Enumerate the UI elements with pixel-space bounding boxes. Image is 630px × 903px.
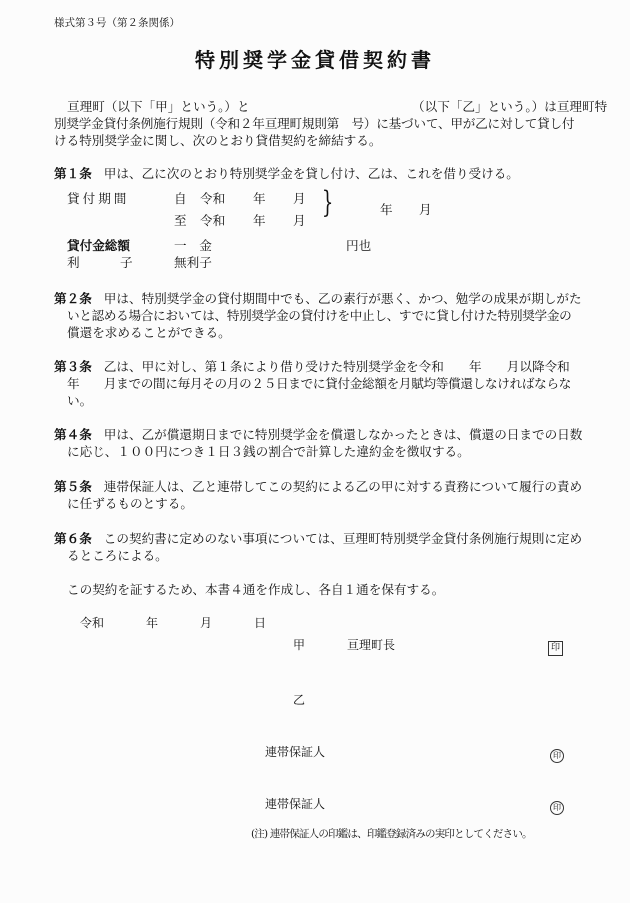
article-2-line3: 償還を求めることができる。 <box>67 322 231 341</box>
article-3-line2: 年 月までの間に毎月その月の２５日までに貸付金総額を月賦均等償還しなければならな <box>67 373 571 392</box>
from-era: 令和 <box>200 188 225 207</box>
signature-day: 日 <box>254 614 266 631</box>
official-seal-icon: 印 <box>548 635 563 656</box>
document-title: 特別奨学金貸借契約書 <box>0 44 630 73</box>
article-3-line3: い。 <box>67 390 92 409</box>
article-5-heading: 第５条 <box>54 479 92 494</box>
party-b-label: 乙 <box>293 691 305 708</box>
article-4-heading: 第４条 <box>54 427 92 442</box>
duration-month-unit: 月 <box>419 199 432 218</box>
seal-note: (注) 連帯保証人の印鑑は、印鑑登録済みの実印としてください。 <box>251 826 532 841</box>
article-1-heading: 第１条 <box>54 166 92 181</box>
signature-era: 令和 <box>80 614 104 631</box>
article-4-line2: に応じ、１００円につき１日３銭の割合で計算した違約金を徴収する。 <box>67 441 470 460</box>
article-6-heading: 第６条 <box>54 531 92 546</box>
from-year-unit: 年 <box>253 188 266 207</box>
interest-label-1: 利 <box>67 252 80 271</box>
article-6-line2: るところによる。 <box>67 545 168 564</box>
article-5-line2: に任ずるものとする。 <box>67 493 193 512</box>
to-era: 令和 <box>200 210 225 229</box>
to-label: 至 <box>174 210 187 229</box>
to-month-unit: 月 <box>293 210 306 229</box>
party-a-name: 亘理町長 <box>347 636 395 653</box>
party-a-label: 甲 <box>293 636 305 653</box>
article-1-text: 甲は、乙に次のとおり特別奨学金を貸し付け、乙は、これを借り受ける。 <box>104 166 519 181</box>
to-year-unit: 年 <box>253 210 266 229</box>
from-label: 自 <box>174 188 187 207</box>
total-amount-suffix: 円也 <box>346 235 371 254</box>
guarantor-1-seal-icon: 印 <box>550 743 564 763</box>
article-1: 第１条 甲は、乙に次のとおり特別奨学金を貸し付け、乙は、これを借り受ける。 <box>54 163 519 182</box>
article-3-heading: 第３条 <box>54 359 92 374</box>
preamble-line3: ける特別奨学金に関し、次のとおり貸借契約を締結する。 <box>54 130 381 149</box>
loan-period-label: 貸付期間 <box>67 188 129 207</box>
closing-text: この契約を証するため、本書４通を作成し、各自１通を保有する。 <box>67 579 444 598</box>
guarantor-2-seal-icon: 印 <box>550 795 564 815</box>
brace-icon: } <box>322 188 333 218</box>
interest-label-2: 子 <box>120 252 133 271</box>
signature-year: 年 <box>146 614 158 631</box>
duration-year-unit: 年 <box>380 199 393 218</box>
article-2-heading: 第２条 <box>54 291 92 306</box>
interest-value: 無利子 <box>174 252 212 271</box>
from-month-unit: 月 <box>293 188 306 207</box>
form-number: 様式第３号（第２条関係） <box>54 15 180 30</box>
signature-month: 月 <box>200 614 212 631</box>
guarantor-2-label: 連帯保証人 <box>265 795 325 812</box>
guarantor-1-label: 連帯保証人 <box>265 743 325 760</box>
